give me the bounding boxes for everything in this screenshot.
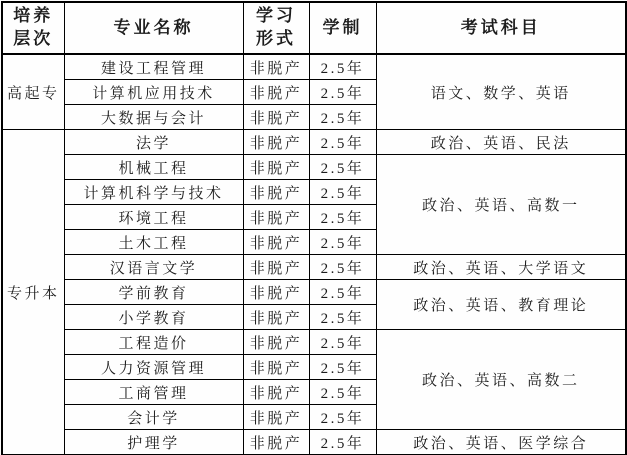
table-row: 学前教育 非脱产 2.5年 政治、英语、教育理论 [2, 280, 626, 305]
duration-cell: 2.5年 [309, 305, 376, 330]
duration-cell: 2.5年 [309, 130, 376, 155]
duration-cell: 2.5年 [309, 330, 376, 355]
study-form-cell: 非脱产 [243, 130, 309, 155]
header-level: 培养 层次 [2, 2, 64, 54]
exam-subjects-cell: 语文、数学、英语 [376, 54, 626, 130]
major-cell: 环境工程 [64, 205, 243, 230]
duration-cell: 2.5年 [309, 430, 376, 455]
header-exam-subjects: 考试科目 [376, 2, 626, 54]
major-cell: 工商管理 [64, 380, 243, 405]
level-cell-gaoqizhuan: 高起专 [2, 54, 64, 130]
table-row: 机械工程 非脱产 2.5年 政治、英语、高数一 [2, 155, 626, 180]
major-cell: 建设工程管理 [64, 54, 243, 80]
table-body: 高起专 建设工程管理 非脱产 2.5年 语文、数学、英语 计算机应用技术 非脱产… [2, 54, 626, 455]
duration-cell: 2.5年 [309, 230, 376, 255]
study-form-cell: 非脱产 [243, 105, 309, 130]
exam-subjects-cell: 政治、英语、高数二 [376, 330, 626, 430]
study-form-cell: 非脱产 [243, 305, 309, 330]
study-form-cell: 非脱产 [243, 205, 309, 230]
duration-cell: 2.5年 [309, 205, 376, 230]
major-cell: 人力资源管理 [64, 355, 243, 380]
table-header: 培养 层次 专业名称 学习 形式 学制 考试科目 [2, 2, 626, 54]
table-row: 专升本 法学 非脱产 2.5年 政治、英语、民法 [2, 130, 626, 155]
duration-cell: 2.5年 [309, 355, 376, 380]
duration-cell: 2.5年 [309, 405, 376, 430]
major-cell: 计算机科学与技术 [64, 180, 243, 205]
exam-subjects-cell: 政治、英语、医学综合 [376, 430, 626, 455]
major-cell: 护理学 [64, 430, 243, 455]
duration-cell: 2.5年 [309, 255, 376, 280]
header-major: 专业名称 [64, 2, 243, 54]
duration-cell: 2.5年 [309, 80, 376, 105]
exam-subjects-cell: 政治、英语、教育理论 [376, 280, 626, 330]
study-form-cell: 非脱产 [243, 180, 309, 205]
major-cell: 土木工程 [64, 230, 243, 255]
study-form-cell: 非脱产 [243, 380, 309, 405]
header-duration: 学制 [309, 2, 376, 54]
major-cell: 学前教育 [64, 280, 243, 305]
duration-cell: 2.5年 [309, 54, 376, 80]
study-form-cell: 非脱产 [243, 355, 309, 380]
duration-cell: 2.5年 [309, 155, 376, 180]
level-cell-zhuanshengben: 专升本 [2, 130, 64, 455]
enrollment-table: 培养 层次 专业名称 学习 形式 学制 考试科目 高起专 建设工程管理 非脱产 … [1, 1, 627, 455]
study-form-cell: 非脱产 [243, 280, 309, 305]
major-cell: 会计学 [64, 405, 243, 430]
table-row: 工程造价 非脱产 2.5年 政治、英语、高数二 [2, 330, 626, 355]
study-form-cell: 非脱产 [243, 155, 309, 180]
header-study-form: 学习 形式 [243, 2, 309, 54]
study-form-cell: 非脱产 [243, 405, 309, 430]
duration-cell: 2.5年 [309, 105, 376, 130]
exam-subjects-cell: 政治、英语、大学语文 [376, 255, 626, 280]
study-form-cell: 非脱产 [243, 230, 309, 255]
table-row: 汉语言文学 非脱产 2.5年 政治、英语、大学语文 [2, 255, 626, 280]
study-form-cell: 非脱产 [243, 330, 309, 355]
study-form-cell: 非脱产 [243, 80, 309, 105]
major-cell: 工程造价 [64, 330, 243, 355]
duration-cell: 2.5年 [309, 280, 376, 305]
page: 培养 层次 专业名称 学习 形式 学制 考试科目 高起专 建设工程管理 非脱产 … [0, 0, 627, 455]
major-cell: 汉语言文学 [64, 255, 243, 280]
table-row: 护理学 非脱产 2.5年 政治、英语、医学综合 [2, 430, 626, 455]
duration-cell: 2.5年 [309, 180, 376, 205]
major-cell: 机械工程 [64, 155, 243, 180]
study-form-cell: 非脱产 [243, 54, 309, 80]
major-cell: 小学教育 [64, 305, 243, 330]
duration-cell: 2.5年 [309, 380, 376, 405]
study-form-cell: 非脱产 [243, 255, 309, 280]
header-row: 培养 层次 专业名称 学习 形式 学制 考试科目 [2, 2, 626, 54]
study-form-cell: 非脱产 [243, 430, 309, 455]
major-cell: 法学 [64, 130, 243, 155]
major-cell: 大数据与会计 [64, 105, 243, 130]
exam-subjects-cell: 政治、英语、高数一 [376, 155, 626, 255]
table-row: 高起专 建设工程管理 非脱产 2.5年 语文、数学、英语 [2, 54, 626, 80]
major-cell: 计算机应用技术 [64, 80, 243, 105]
exam-subjects-cell: 政治、英语、民法 [376, 130, 626, 155]
